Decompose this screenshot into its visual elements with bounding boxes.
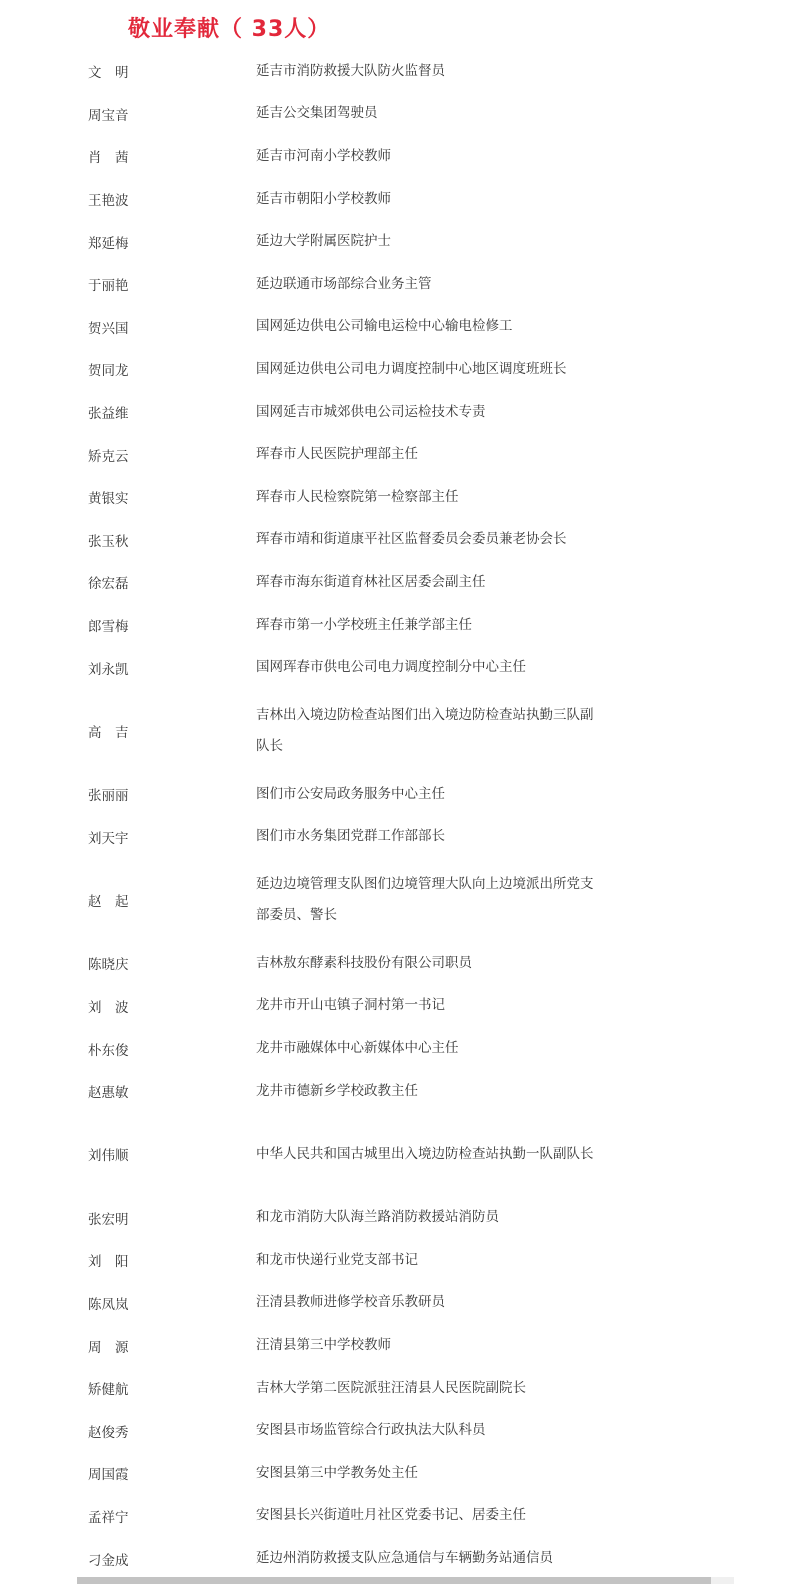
- honoree-organization: 龙井市开山屯镇子洞村第一书记: [256, 990, 596, 1021]
- honoree-organization: 延边联通市场部综合业务主管: [256, 269, 596, 300]
- list-item: 刘 阳和龙市快递行业党支部书记: [0, 1239, 786, 1282]
- list-item: 赵 起延边边境管理支队图们边境管理大队向上边境派出所党支部委员、警长: [0, 858, 786, 942]
- honoree-name: 贺同龙: [88, 359, 129, 379]
- honoree-organization: 珲春市人民医院护理部主任: [256, 439, 596, 470]
- honoree-organization: 和龙市消防大队海兰路消防救援站消防员: [256, 1202, 596, 1233]
- honoree-name: 刘伟顺: [88, 1144, 129, 1164]
- honoree-name: 刘永凯: [88, 658, 129, 678]
- honoree-name: 肖 茜: [88, 146, 129, 166]
- honoree-organization: 延吉市朝阳小学校教师: [256, 184, 596, 215]
- list-item: 刘永凯 国网珲春市供电公司电力调度控制分中心主任: [0, 646, 786, 689]
- section-title: 敬业奉献（ 33人）: [128, 12, 330, 43]
- honoree-organization: 国网珲春市供电公司电力调度控制分中心主任: [256, 652, 596, 683]
- honoree-organization: 图们市公安局政务服务中心主任: [256, 779, 596, 810]
- honoree-name: 徐宏磊: [88, 572, 129, 592]
- list-item: 郑延梅延边大学附属医院护士: [0, 220, 786, 263]
- honoree-organization: 珲春市第一小学校班主任兼学部主任: [256, 610, 596, 641]
- honoree-organization: 和龙市快递行业党支部书记: [256, 1245, 596, 1276]
- list-item: 周宝音延吉公交集团驾驶员: [0, 93, 786, 136]
- list-item: 孟祥宁安图县长兴街道吐月社区党委书记、居委主任: [0, 1495, 786, 1538]
- list-item: 黄银实珲春市人民检察院第一检察部主任: [0, 476, 786, 519]
- honoree-organization: 珲春市靖和街道康平社区监督委员会委员兼老协会长: [256, 524, 596, 555]
- honoree-name: 张益维: [88, 402, 129, 422]
- list-item: 郎雪梅珲春市第一小学校班主任兼学部主任: [0, 604, 786, 647]
- honoree-name: 周宝音: [88, 104, 129, 124]
- list-item: 张玉秋珲春市靖和街道康平社区监督委员会委员兼老协会长: [0, 519, 786, 562]
- honoree-name: 赵惠敏: [88, 1081, 129, 1101]
- honoree-organization: 延边大学附属医院护士: [256, 226, 596, 257]
- honoree-organization: 珲春市人民检察院第一检察部主任: [256, 482, 596, 513]
- honoree-organization: 图们市水务集团党群工作部部长: [256, 821, 596, 852]
- honoree-name: 周 源: [88, 1336, 129, 1356]
- honoree-organization: 安图县市场监管综合行政执法大队科员: [256, 1415, 596, 1446]
- honoree-organization: 安图县长兴街道吐月社区党委书记、居委主任: [256, 1500, 596, 1531]
- honoree-organization: 吉林出入境边防检查站图们出入境边防检查站执勤三队副队长: [256, 700, 596, 762]
- list-item: 于丽艳延边联通市场部综合业务主管: [0, 263, 786, 306]
- honoree-name: 朴东俊: [88, 1039, 129, 1059]
- list-item: 矫健航吉林大学第二医院派驻汪清县人民医院副院长: [0, 1367, 786, 1410]
- list-item: 高 吉吉林出入境边防检查站图们出入境边防检查站执勤三队副队长: [0, 689, 786, 773]
- list-item: 周国霞安图县第三中学教务处主任: [0, 1452, 786, 1495]
- honoree-organization: 延吉市消防救援大队防火监督员: [256, 56, 596, 87]
- honoree-organization: 汪清县第三中学校教师: [256, 1330, 596, 1361]
- list-item: 贺兴国国网延边供电公司输电运检中心输电检修工: [0, 306, 786, 349]
- honoree-name: 赵俊秀: [88, 1421, 129, 1441]
- list-item: 周 源汪清县第三中学校教师: [0, 1324, 786, 1367]
- honoree-name: 刁金成: [88, 1549, 129, 1569]
- list-item: 陈凤岚汪清县教师进修学校音乐教研员: [0, 1282, 786, 1325]
- honoree-organization: 安图县第三中学教务处主任: [256, 1458, 596, 1489]
- list-item: 朴东俊龙井市融媒体中心新媒体中心主任: [0, 1027, 786, 1070]
- honoree-organization: 珲春市海东街道育林社区居委会副主任: [256, 567, 596, 598]
- honoree-name: 张丽丽: [88, 784, 129, 804]
- honoree-list: 文 明延吉市消防救援大队防火监督员周宝音延吉公交集团驾驶员肖 茜延吉市河南小学校…: [0, 50, 786, 1580]
- list-item: 张益维国网延吉市城郊供电公司运检技术专责: [0, 391, 786, 434]
- list-item: 陈晓庆吉林敖东酵素科技股份有限公司职员: [0, 942, 786, 985]
- list-item: 赵惠敏龙井市德新乡学校政教主任: [0, 1070, 786, 1113]
- honoree-organization: 国网延吉市城郊供电公司运检技术专责: [256, 397, 596, 428]
- honoree-organization: 国网延边供电公司电力调度控制中心地区调度班班长: [256, 354, 596, 385]
- honoree-organization: 中华人民共和国古城里出入境边防检查站执勤一队副队长: [256, 1139, 596, 1170]
- list-item: 刘 波龙井市开山屯镇子洞村第一书记: [0, 985, 786, 1028]
- honoree-name: 贺兴国: [88, 317, 129, 337]
- list-item: 张丽丽图们市公安局政务服务中心主任: [0, 773, 786, 816]
- honoree-name: 刘 阳: [88, 1250, 129, 1270]
- honoree-organization: 汪清县教师进修学校音乐教研员: [256, 1287, 596, 1318]
- honoree-organization: 国网延边供电公司输电运检中心输电检修工: [256, 311, 596, 342]
- honoree-name: 王艳波: [88, 189, 129, 209]
- list-item: 贺同龙国网延边供电公司电力调度控制中心地区调度班班长: [0, 348, 786, 391]
- honoree-name: 张玉秋: [88, 530, 129, 550]
- honoree-organization: 延边边境管理支队图们边境管理大队向上边境派出所党支部委员、警长: [256, 869, 596, 931]
- list-item: 赵俊秀安图县市场监管综合行政执法大队科员: [0, 1409, 786, 1452]
- honoree-name: 孟祥宁: [88, 1506, 129, 1526]
- honoree-name: 于丽艳: [88, 274, 129, 294]
- honoree-name: 文 明: [88, 61, 129, 81]
- list-item: 张宏明和龙市消防大队海兰路消防救援站消防员: [0, 1196, 786, 1239]
- honoree-name: 张宏明: [88, 1208, 129, 1228]
- list-item: 徐宏磊珲春市海东街道育林社区居委会副主任: [0, 561, 786, 604]
- list-item: 文 明延吉市消防救援大队防火监督员: [0, 50, 786, 93]
- honoree-name: 陈凤岚: [88, 1293, 129, 1313]
- honoree-name: 郑延梅: [88, 232, 129, 252]
- honoree-organization: 延吉公交集团驾驶员: [256, 98, 596, 129]
- list-item: 刘天宇图们市水务集团党群工作部部长: [0, 816, 786, 859]
- honoree-name: 矫克云: [88, 445, 129, 465]
- horizontal-scrollbar[interactable]: [77, 1577, 734, 1584]
- honoree-name: 黄银实: [88, 487, 129, 507]
- honoree-name: 陈晓庆: [88, 953, 129, 973]
- honoree-name: 赵 起: [88, 890, 129, 910]
- honoree-organization: 龙井市德新乡学校政教主任: [256, 1076, 596, 1107]
- honoree-name: 刘 波: [88, 996, 129, 1016]
- list-item: 矫克云珲春市人民医院护理部主任: [0, 433, 786, 476]
- list-item: 刘伟顺中华人民共和国古城里出入境边防检查站执勤一队副队长: [0, 1112, 786, 1196]
- honoree-name: 刘天宇: [88, 827, 129, 847]
- honoree-name: 矫健航: [88, 1378, 129, 1398]
- honoree-name: 周国霞: [88, 1463, 129, 1483]
- honoree-organization: 延边州消防救援支队应急通信与车辆勤务站通信员: [256, 1543, 596, 1574]
- list-item: 肖 茜延吉市河南小学校教师: [0, 135, 786, 178]
- honoree-organization: 龙井市融媒体中心新媒体中心主任: [256, 1033, 596, 1064]
- scrollbar-thumb[interactable]: [77, 1577, 711, 1584]
- honoree-name: 郎雪梅: [88, 615, 129, 635]
- list-item: 刁金成延边州消防救援支队应急通信与车辆勤务站通信员: [0, 1537, 786, 1580]
- list-item: 王艳波延吉市朝阳小学校教师: [0, 178, 786, 221]
- honoree-organization: 吉林大学第二医院派驻汪清县人民医院副院长: [256, 1373, 596, 1404]
- honoree-organization: 延吉市河南小学校教师: [256, 141, 596, 172]
- honoree-organization: 吉林敖东酵素科技股份有限公司职员: [256, 948, 596, 979]
- honoree-name: 高 吉: [88, 721, 129, 741]
